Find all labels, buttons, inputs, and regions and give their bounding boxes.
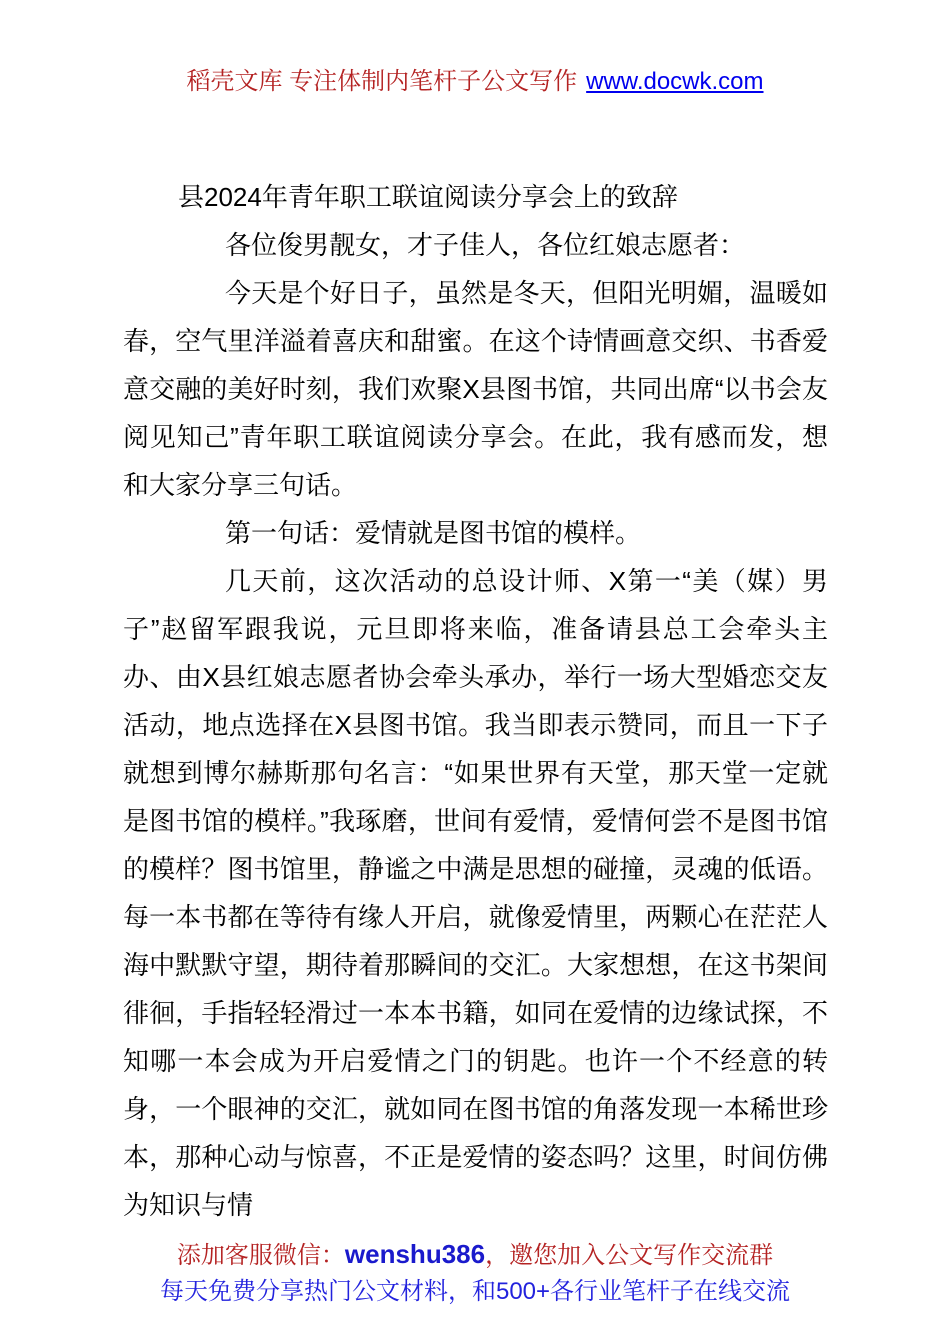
promo-footer: 添加客服微信：wenshu386，邀您加入公文写作交流群 每天免费分享热门公文材… [0,1236,950,1310]
promo-header: 稻壳文库 专注体制内笔杆子公文写作www.docwk.com [0,68,950,96]
paragraph-first-point-body: 几天前，这次活动的总设计师、X第一“美（媒）男子”赵留军跟我说，元旦即将来临，准… [123,557,828,1229]
document-title: 县2024年青年职工联谊阅读分享会上的致辞 [123,173,828,221]
paragraph-salutation: 各位俊男靓女，才子佳人，各位红娘志愿者： [123,221,828,269]
footer-wechat-prefix: 添加客服微信： [177,1242,345,1269]
promo-header-link[interactable]: www.docwk.com [586,68,763,95]
document-page: 稻壳文库 专注体制内笔杆子公文写作www.docwk.com 县2024年青年职… [0,0,950,1344]
footer-wechat-id: wenshu386 [345,1239,485,1269]
promo-footer-line2: 每天免费分享热门公文材料，和500+各行业笔杆子在线交流 [0,1274,950,1310]
document-body: 县2024年青年职工联谊阅读分享会上的致辞 各位俊男靓女，才子佳人，各位红娘志愿… [123,173,828,1229]
promo-header-text: 稻壳文库 专注体制内笔杆子公文写作 [186,68,577,95]
paragraph-first-point-heading: 第一句话：爱情就是图书馆的模样。 [123,509,828,557]
paragraph-opening: 今天是个好日子，虽然是冬天，但阳光明媚，温暖如春，空气里洋溢着喜庆和甜蜜。在这个… [123,269,828,509]
footer-share-text: 每天免费分享热门公文材料，和500+各行业笔杆子在线交流 [160,1278,790,1305]
promo-footer-line1: 添加客服微信：wenshu386，邀您加入公文写作交流群 [0,1236,950,1274]
footer-wechat-suffix: ，邀您加入公文写作交流群 [485,1242,773,1269]
